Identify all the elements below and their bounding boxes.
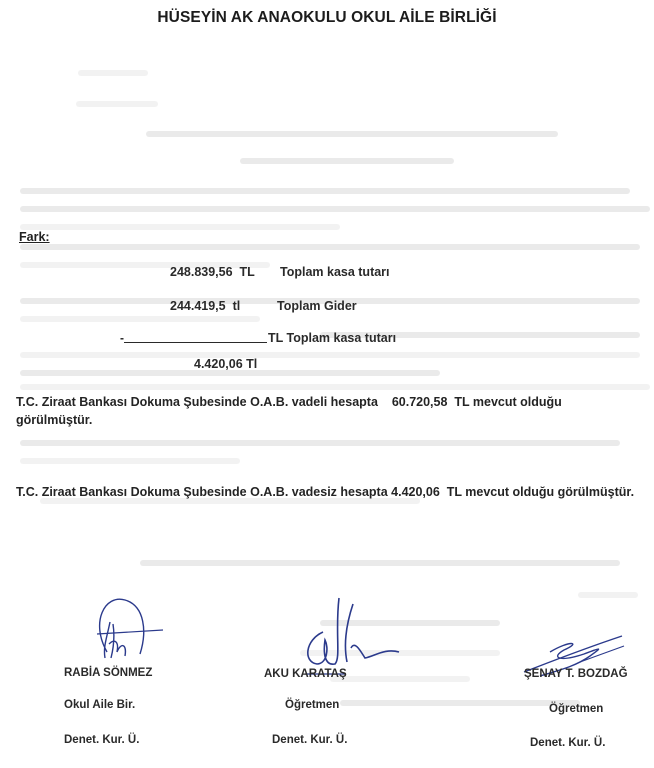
ledger-unit: TL (240, 265, 255, 279)
signatory-committee: Denet. Kur. Ü. (64, 734, 139, 746)
statement-text: T.C. Ziraat Bankası Dokuma Şubesinde O.A… (16, 395, 378, 409)
statement-text: T.C. Ziraat Bankası Dokuma Şubesinde O.A… (16, 485, 388, 499)
difference-amount: 4.420,06 (194, 357, 243, 371)
section-label-fark: Fark: (19, 230, 50, 244)
statement-amount: 60.720,58 (392, 395, 448, 409)
subtraction-underline (124, 342, 267, 343)
ledger-description: Toplam kasa tutarı (287, 331, 397, 345)
ledger-unit: TL (268, 331, 283, 345)
statement-text: TL mevcut olduğu görülmüştür. (447, 485, 634, 499)
ledger-amount: 244.419,5 (170, 299, 226, 313)
difference-total: 4.420,06 Tl (194, 357, 257, 371)
signatory-name: ŞENAY T. BOZDAĞ (524, 668, 628, 680)
signatory-role: Öğretmen (285, 699, 339, 711)
signatory-committee: Denet. Kur. Ü. (530, 737, 605, 749)
difference-unit: Tl (246, 357, 257, 371)
ledger-amount: 248.839,56 (170, 265, 233, 279)
ledger-row: TL Toplam kasa tutarı (268, 331, 396, 345)
ledger-description: Toplam Gider (277, 299, 357, 313)
bank-statement-demand-deposit: T.C. Ziraat Bankası Dokuma Şubesinde O.A… (16, 483, 636, 501)
document-title: HÜSEYİN AK ANAOKULU OKUL AİLE BİRLİĞİ (0, 9, 654, 27)
ledger-row: 244.419,5 tl (170, 299, 240, 313)
signatory-role: Öğretmen (549, 703, 603, 715)
signatory-role: Okul Aile Bir. (64, 699, 135, 711)
statement-amount: 4.420,06 (391, 485, 440, 499)
signatory-committee: Denet. Kur. Ü. (272, 734, 347, 746)
signature-rabia-sonmez (85, 592, 175, 672)
signatory-name: RABİA SÖNMEZ (64, 667, 152, 679)
ledger-unit: tl (233, 299, 241, 313)
signatory-name: AKU KARATAŞ (264, 668, 347, 680)
bank-statement-term-deposit: T.C. Ziraat Bankası Dokuma Şubesinde O.A… (16, 393, 636, 429)
ledger-description: Toplam kasa tutarı (280, 265, 390, 279)
ledger-row: 248.839,56 TL (170, 265, 255, 279)
